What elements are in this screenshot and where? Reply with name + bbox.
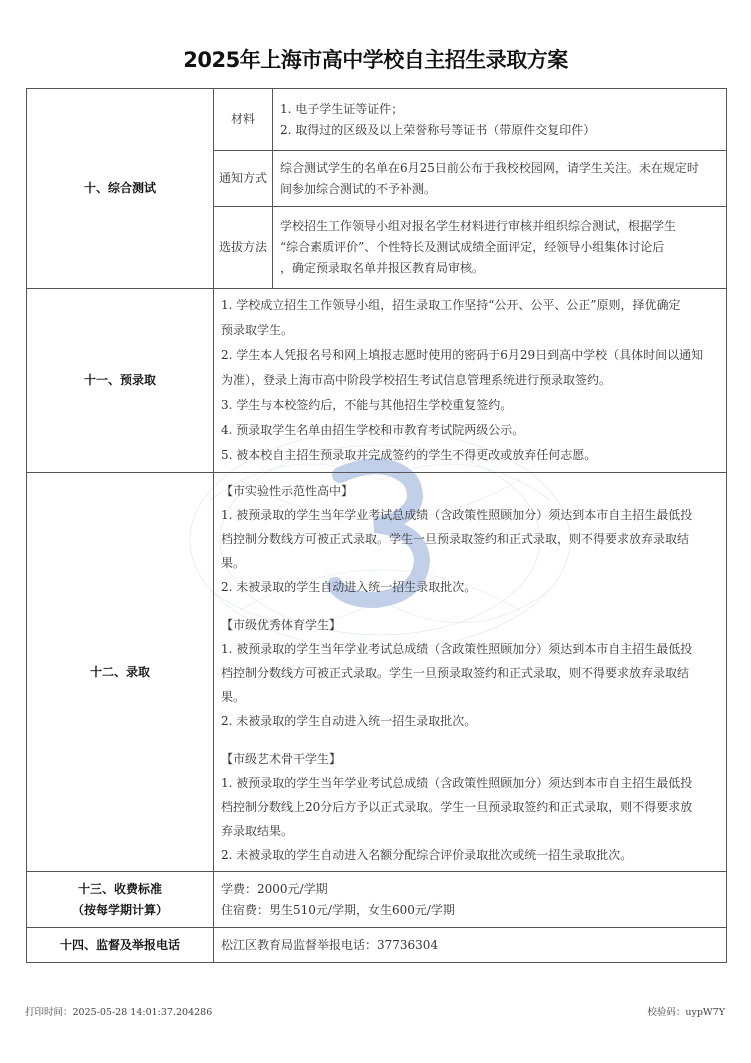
hotline-content: 松江区教育局监督举报电话：37736304 <box>214 928 727 963</box>
group-experimental-high-school: 【市实验性示范性高中】 1. 被预录取的学生当年学业考试总成绩（含政策性照顾加分… <box>221 479 720 599</box>
group-heading: 【市级艺术骨干学生】 <box>221 747 720 771</box>
pre-admission-content: 1. 学校成立招生工作领导小组，招生录取工作坚持“公开、公平、公正”原则，择优确… <box>214 289 727 473</box>
section-13-label: 十三、收费标准 （按每学期计算） <box>27 872 214 928</box>
selection-content: 学校招生工作领导小组对报名学生材料进行审核并组织综合测试，根据学生 “综合素质评… <box>273 207 727 289</box>
section-14-label: 十四、监督及举报电话 <box>27 928 214 963</box>
group-sports-students: 【市级优秀体育学生】 1. 被预录取的学生当年学业考试总成绩（含政策性照顾加分）… <box>221 613 720 733</box>
admission-content: 【市实验性示范性高中】 1. 被预录取的学生当年学业考试总成绩（含政策性照顾加分… <box>214 473 727 872</box>
admission-plan-table: 十、综合测试 材料 1. 电子学生证等证件； 2. 取得过的区级及以上荣誉称号等… <box>26 88 727 963</box>
sub-label-materials: 材料 <box>214 89 273 151</box>
document-title: 2025年上海市高中学校自主招生录取方案 <box>0 44 751 74</box>
section-11-label: 十一、预录取 <box>27 289 214 473</box>
print-time: 打印时间：2025-05-28 14:01:37.204286 <box>25 1004 212 1018</box>
materials-content: 1. 电子学生证等证件； 2. 取得过的区级及以上荣誉称号等证书（带原件交复印件… <box>273 89 727 151</box>
notification-content: 综合测试学生的名单在6月25日前公布于我校校园网，请学生关注。未在规定时 间参加… <box>273 151 727 207</box>
section-10-label: 十、综合测试 <box>27 89 214 289</box>
check-code: 校验码：uypW7Y <box>647 1004 725 1018</box>
fees-content: 学费：2000元/学期 住宿费：男生510元/学期，女生600元/学期 <box>214 872 727 928</box>
sub-label-notification: 通知方式 <box>214 151 273 207</box>
section-12-label: 十二、录取 <box>27 473 214 872</box>
group-heading: 【市级优秀体育学生】 <box>221 613 720 637</box>
group-art-students: 【市级艺术骨干学生】 1. 被预录取的学生当年学业考试总成绩（含政策性照顾加分）… <box>221 747 720 867</box>
group-heading: 【市实验性示范性高中】 <box>221 479 720 503</box>
sub-label-selection: 选拔方法 <box>214 207 273 289</box>
